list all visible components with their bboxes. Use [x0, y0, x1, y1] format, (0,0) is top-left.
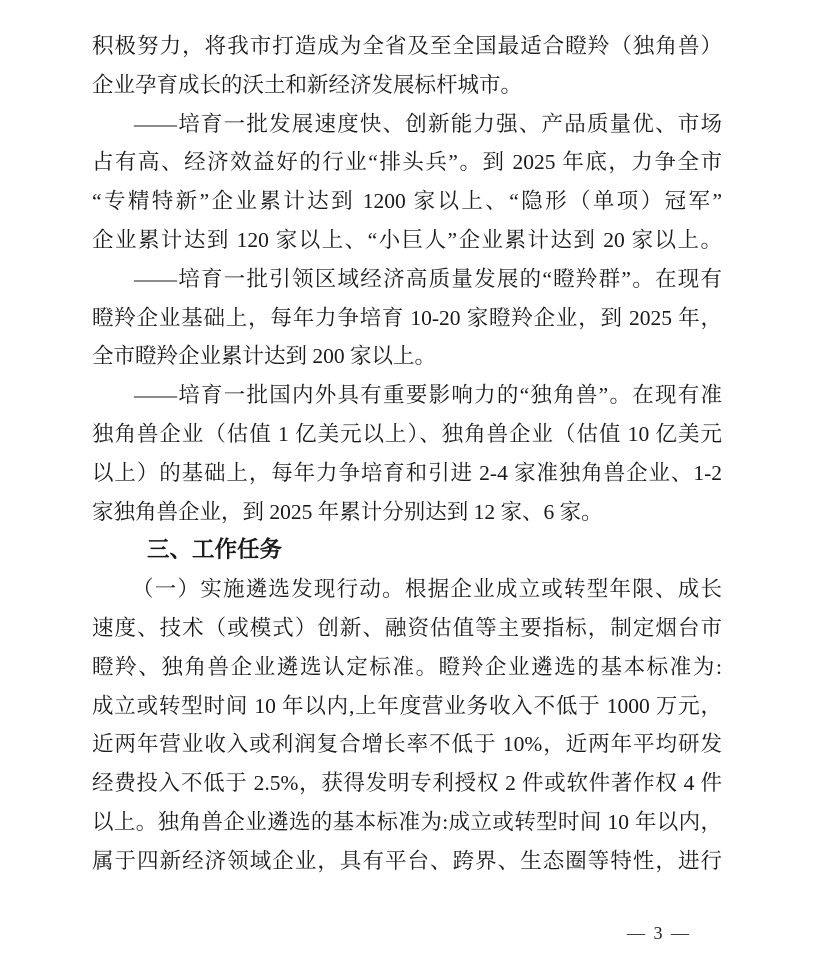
text-line: ——培育一批引领区域经济高质量发展的“瞪羚群”。在现有 — [92, 260, 722, 299]
paragraph: ——培育一批发展速度快、创新能力强、产品质量优、市场占有高、经济效益好的行业“排… — [92, 105, 722, 260]
text-line: 企业累计达到 120 家以上、“小巨人”企业累计达到 20 家以上。 — [92, 221, 722, 260]
text-line: 成立或转型时间 10 年以内,上年度营业务收入不低于 1000 万元， — [92, 687, 722, 726]
paragraph: 积极努力，将我市打造成为全省及至全国最适合瞪羚（独角兽）企业孕育成长的沃土和新经… — [92, 27, 722, 105]
text-line: 全市瞪羚企业累计达到 200 家以上。 — [92, 337, 722, 376]
text-line: “专精特新”企业累计达到 1200 家以上、“隐形（单项）冠军” — [92, 182, 722, 221]
text-line: （一）实施遴选发现行动。根据企业成立或转型年限、成长 — [92, 570, 722, 609]
text-line: 占有高、经济效益好的行业“排头兵”。到 2025 年底，力争全市 — [92, 143, 722, 182]
text-line: 三、工作任务 — [92, 531, 722, 570]
text-line: 以上。独角兽企业遴选的基本标准为:成立或转型时间 10 年以内， — [92, 803, 722, 842]
text-line: 瞪羚、独角兽企业遴选认定标准。瞪羚企业遴选的基本标准为: — [92, 648, 722, 687]
document-body: 积极努力，将我市打造成为全省及至全国最适合瞪羚（独角兽）企业孕育成长的沃土和新经… — [92, 27, 722, 881]
text-line: 经费投入不低于 2.5%，获得发明专利授权 2 件或软件著作权 4 件 — [92, 764, 722, 803]
text-line: 以上）的基础上，每年力争培育和引进 2-4 家准独角兽企业、1-2 — [92, 454, 722, 493]
text-line: 独角兽企业（估值 1 亿美元以上）、独角兽企业（估值 10 亿美元 — [92, 415, 722, 454]
text-line: 近两年营业收入或利润复合增长率不低于 10%，近两年平均研发 — [92, 725, 722, 764]
page-number: — 3 — — [627, 921, 691, 945]
paragraph: ——培育一批国内外具有重要影响力的“独角兽”。在现有准独角兽企业（估值 1 亿美… — [92, 376, 722, 531]
text-line: ——培育一批国内外具有重要影响力的“独角兽”。在现有准 — [92, 376, 722, 415]
text-line: 属于四新经济领域企业，具有平台、跨界、生态圈等特性，进行 — [92, 842, 722, 881]
paragraph: ——培育一批引领区域经济高质量发展的“瞪羚群”。在现有瞪羚企业基础上，每年力争培… — [92, 260, 722, 376]
text-line: 瞪羚企业基础上，每年力争培育 10-20 家瞪羚企业，到 2025 年， — [92, 299, 722, 338]
text-line: 家独角兽企业，到 2025 年累计分别达到 12 家、6 家。 — [92, 493, 722, 532]
paragraph: （一）实施遴选发现行动。根据企业成立或转型年限、成长速度、技术（或模式）创新、融… — [92, 570, 722, 880]
text-line: 企业孕育成长的沃土和新经济发展标杆城市。 — [92, 66, 722, 105]
document-page: { "page": { "background_color": "#ffffff… — [0, 0, 827, 973]
text-line: 积极努力，将我市打造成为全省及至全国最适合瞪羚（独角兽） — [92, 27, 722, 66]
text-line: 速度、技术（或模式）创新、融资估值等主要指标，制定烟台市 — [92, 609, 722, 648]
text-line: ——培育一批发展速度快、创新能力强、产品质量优、市场 — [92, 105, 722, 144]
section-heading: 三、工作任务 — [92, 531, 722, 570]
